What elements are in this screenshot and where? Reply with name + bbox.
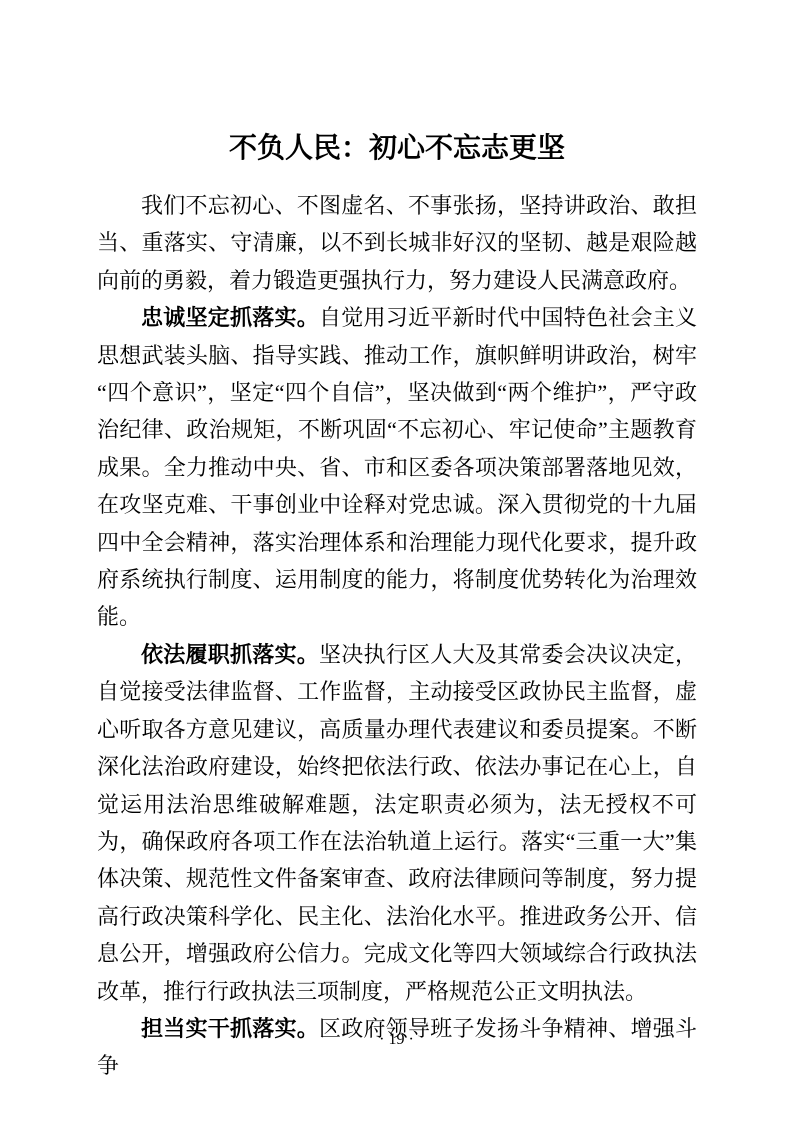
paragraph-loyalty: 忠诚坚定抓落实。自觉用习近平新时代中国特色社会主义思想武装头脑、指导实践、推动工… xyxy=(97,299,697,636)
paragraph-lead: 忠诚坚定抓落实。 xyxy=(141,305,319,330)
page-number: · 19 · xyxy=(0,1030,793,1050)
paragraph-text: 自觉用习近平新时代中国特色社会主义思想武装头脑、指导实践、推动工作，旗帜鲜明讲政… xyxy=(97,305,697,629)
paragraph-text: 坚决执行区人大及其常委会决议决定，自觉接受法律监督、工作监督，主动接受区政协民主… xyxy=(97,642,697,1004)
page-title: 不负人民：初心不忘志更坚 xyxy=(97,130,697,166)
paragraph-lead: 依法履职抓落实。 xyxy=(141,642,319,667)
document-page: 不负人民：初心不忘志更坚 我们不忘初心、不图虚名、不事张扬，坚持讲政治、敢担当、… xyxy=(0,0,793,1122)
paragraph-intro: 我们不忘初心、不图虚名、不事张扬，坚持讲政治、敢担当、重落实、守清廉，以不到长城… xyxy=(97,187,697,299)
paragraph-law: 依法履职抓落实。坚决执行区人大及其常委会决议决定，自觉接受法律监督、工作监督，主… xyxy=(97,636,697,1010)
paragraph-text: 我们不忘初心、不图虚名、不事张扬，坚持讲政治、敢担当、重落实、守清廉，以不到长城… xyxy=(97,193,697,293)
document-content: 不负人民：初心不忘志更坚 我们不忘初心、不图虚名、不事张扬，坚持讲政治、敢担当、… xyxy=(97,130,697,1085)
